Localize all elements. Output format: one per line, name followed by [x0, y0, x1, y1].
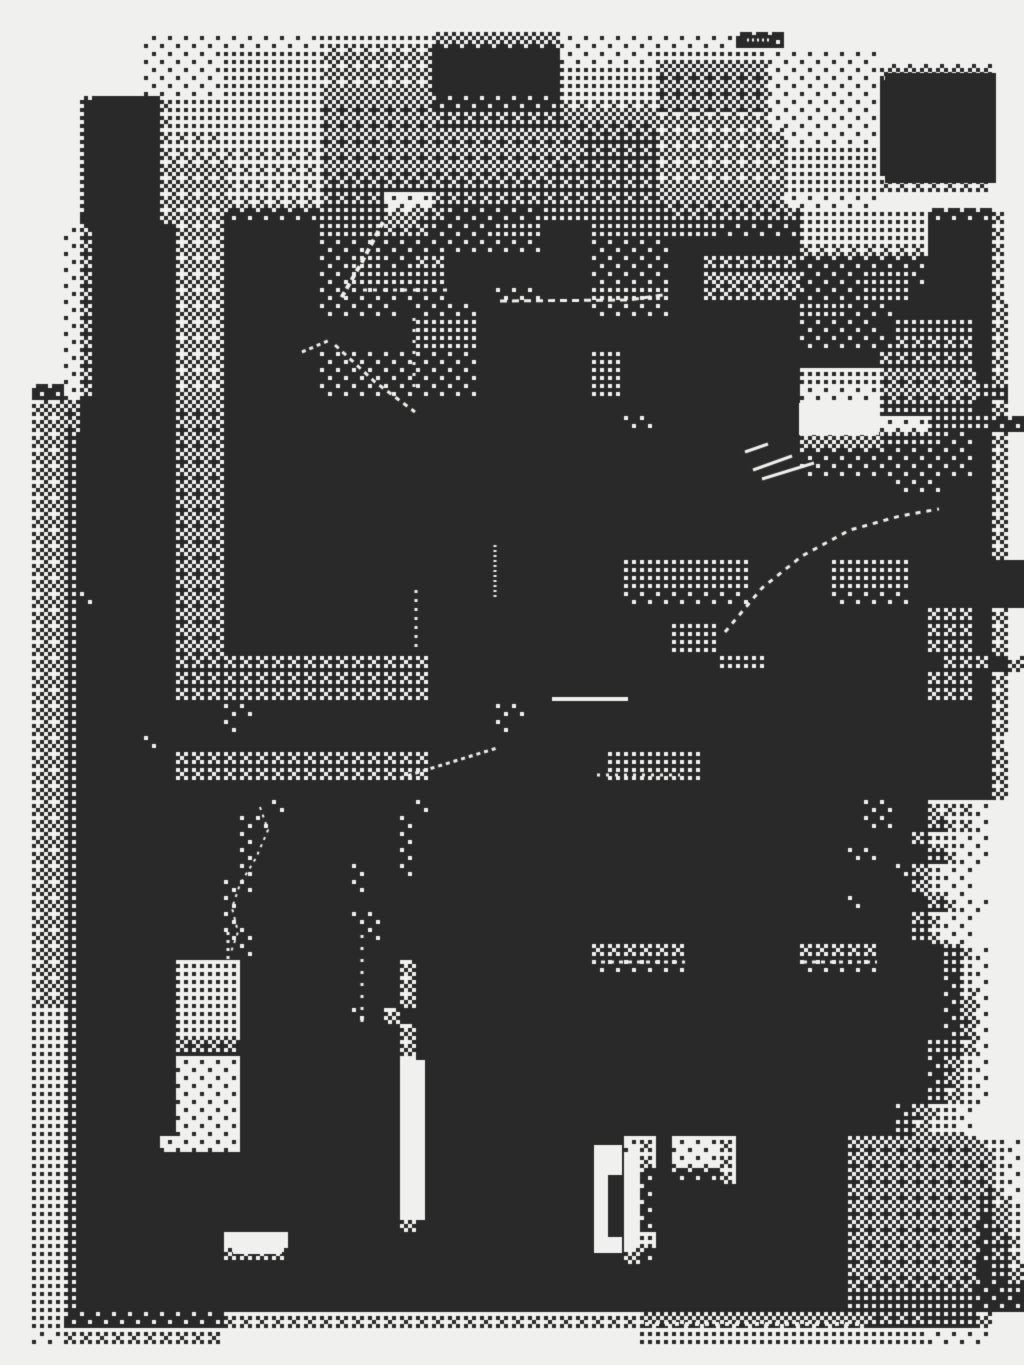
dithered-photo-stage — [0, 0, 1024, 1365]
dithered-photo-canvas — [0, 0, 1024, 1365]
